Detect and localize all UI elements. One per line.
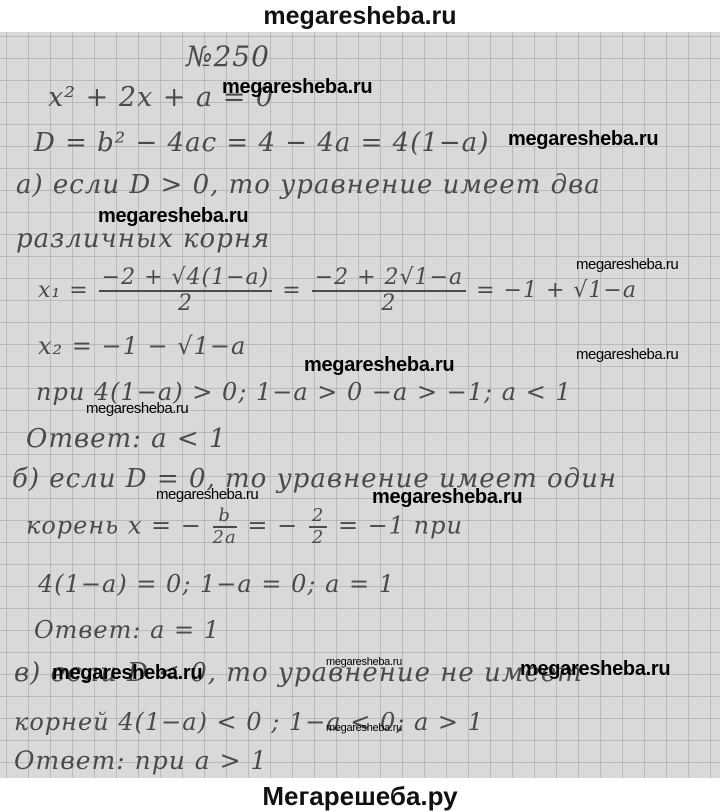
discriminant: D = b² − 4ac = 4 − 4a = 4(1−a) [34,128,489,158]
case-a-line2: различных корня [16,224,270,254]
root-denominator-2: 2 [309,528,327,548]
x1-prefix: x₁ = [38,278,89,303]
watermark: megaresheba.ru [326,722,402,734]
root-fraction-1: b 2a [213,506,237,548]
watermark: megaresheba.ru [222,76,372,99]
case-b-line1: б) если D = 0, то уравнение имеет один [12,464,617,494]
root-prefix: корень x = − [26,511,202,539]
site-footer: Мегарешеба.ру [0,778,720,812]
root-numerator-1: b [213,506,237,528]
watermark: megaresheba.ru [576,346,678,363]
x1-numerator-2: −2 + 2√1−a [312,266,466,292]
watermark: megaresheba.ru [98,205,248,228]
watermark: megaresheba.ru [52,662,202,685]
case-b-condition: 4(1−a) = 0; 1−a = 0; a = 1 [38,570,395,598]
site-footer-title: Мегарешеба.ру [262,781,457,811]
x1-denominator-2: 2 [312,292,466,316]
watermark: megaresheba.ru [372,486,522,509]
root-numerator-2: 2 [309,506,327,528]
x1-fraction-2: −2 + 2√1−a 2 [312,266,466,316]
root-fraction-2: 2 2 [309,506,327,548]
watermark: megaresheba.ru [86,400,188,417]
x1-result: = −1 + √1−a [476,278,637,303]
case-c-answer: Ответ: при a > 1 [14,746,267,775]
root-mid: = − [247,511,298,539]
root-denominator-1: 2a [213,528,237,548]
x1-formula: x₁ = −2 + √4(1−a) 2 = −2 + 2√1−a 2 = −1 … [38,266,637,316]
site-header-title: megaresheba.ru [263,2,456,30]
watermark: megaresheba.ru [304,354,454,377]
case-b-answer: Ответ: a = 1 [34,616,220,644]
case-b-root: корень x = − b 2a = − 2 2 = −1 при [26,506,463,548]
case-a-answer: Ответ: a < 1 [26,424,227,454]
case-c-line2: корней 4(1−a) < 0 ; 1−a < 0; a > 1 [14,708,484,736]
site-header: megaresheba.ru [0,0,720,32]
case-a-line1: а) если D > 0, то уравнение имеет два [16,170,601,200]
root-suffix: = −1 при [338,511,463,539]
x1-numerator-1: −2 + √4(1−a) [99,266,273,292]
x2-formula: x₂ = −1 − √1−a [38,332,246,360]
problem-number: №250 [186,40,270,73]
x1-fraction-1: −2 + √4(1−a) 2 [99,266,273,316]
x1-equals: = [282,278,301,303]
watermark: megaresheba.ru [156,486,258,503]
watermark: megaresheba.ru [508,128,658,151]
watermark: megaresheba.ru [520,658,670,681]
x1-denominator-1: 2 [99,292,273,316]
watermark: megaresheba.ru [576,256,678,273]
watermark: megaresheba.ru [326,656,402,668]
